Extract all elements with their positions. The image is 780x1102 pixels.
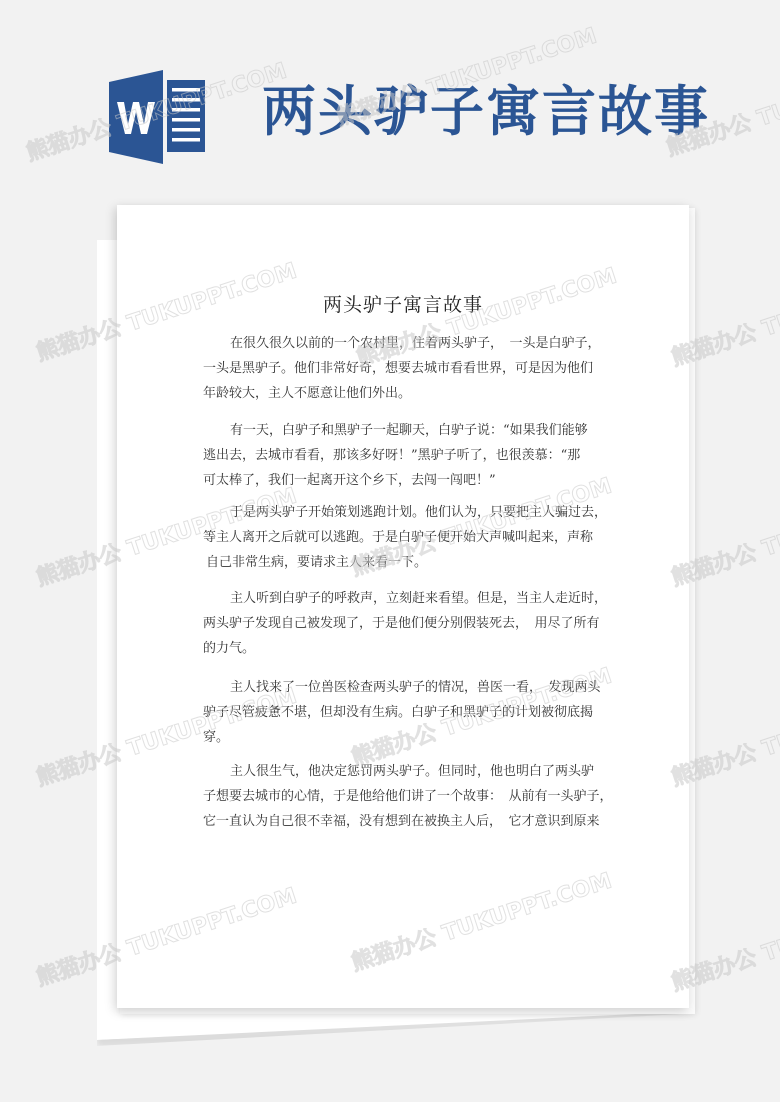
banner-title: 两头驴子寓言故事	[262, 78, 710, 144]
text-line: 穿。	[203, 725, 613, 750]
text-line: 两头驴子发现自己被发现了，于是他们便分别假装死去， 用尽了所有	[203, 611, 613, 636]
text-line: 在很久很久以前的一个农村里，住着两头驴子， 一头是白驴子，	[203, 331, 613, 356]
text-line: 一头是黑驴子。他们非常好奇，想要去城市看看世界，可是因为他们	[203, 356, 613, 381]
document-page: 两头驴子寓言故事 在很久很久以前的一个农村里，住着两头驴子， 一头是白驴子， 一…	[117, 205, 689, 1008]
paragraph-3: 于是两头驴子开始策划逃跑计划。他们认为，只要把主人骗过去， 等主人离开之后就可以…	[203, 500, 613, 575]
text-line: 等主人离开之后就可以逃跑。于是白驴子便开始大声喊叫起来，声称	[203, 525, 613, 550]
text-line: 主人很生气，他决定惩罚两头驴子。但同时，他也明白了两头驴	[203, 759, 613, 784]
text-line: 自己非常生病，要请求主人来看一下。	[203, 550, 613, 575]
text-line: 主人找来了一位兽医检查两头驴子的情况，兽医一看， 发现两头	[203, 675, 613, 700]
paragraph-2: 有一天，白驴子和黑驴子一起聊天，白驴子说：“如果我们能够 逃出去，去城市看看，那…	[203, 418, 613, 493]
text-line: 主人听到白驴子的呼救声，立刻赶来看望。但是，当主人走近时，	[203, 586, 613, 611]
paragraph-4: 主人听到白驴子的呼救声，立刻赶来看望。但是，当主人走近时， 两头驴子发现自己被发…	[203, 586, 613, 661]
document-title: 两头驴子寓言故事	[117, 290, 689, 317]
text-line: 于是两头驴子开始策划逃跑计划。他们认为，只要把主人骗过去，	[203, 500, 613, 525]
text-line: 有一天，白驴子和黑驴子一起聊天，白驴子说：“如果我们能够	[203, 418, 613, 443]
text-line: 可太棒了，我们一起离开这个乡下，去闯一闯吧！”	[203, 468, 613, 493]
header-banner: 两头驴子寓言故事	[0, 0, 780, 190]
text-line: 年龄较大，主人不愿意让他们外出。	[203, 381, 613, 406]
text-line: 子想要去城市的心情，于是他给他们讲了一个故事： 从前有一头驴子，	[203, 784, 613, 809]
text-line: 驴子尽管疲惫不堪，但却没有生病。白驴子和黑驴子的计划被彻底揭	[203, 700, 613, 725]
paragraph-1: 在很久很久以前的一个农村里，住着两头驴子， 一头是白驴子， 一头是黑驴子。他们非…	[203, 331, 613, 406]
word-document-icon	[109, 70, 207, 164]
text-line: 它一直认为自己很不幸福，没有想到在被换主人后， 它才意识到原来	[203, 809, 613, 834]
paragraph-5: 主人找来了一位兽医检查两头驴子的情况，兽医一看， 发现两头 驴子尽管疲惫不堪，但…	[203, 675, 613, 750]
text-line: 的力气。	[203, 636, 613, 661]
text-line: 逃出去，去城市看看，那该多好呀！”黑驴子听了，也很羡慕：“那	[203, 443, 613, 468]
paragraph-6: 主人很生气，他决定惩罚两头驴子。但同时，他也明白了两头驴 子想要去城市的心情，于…	[203, 759, 613, 834]
